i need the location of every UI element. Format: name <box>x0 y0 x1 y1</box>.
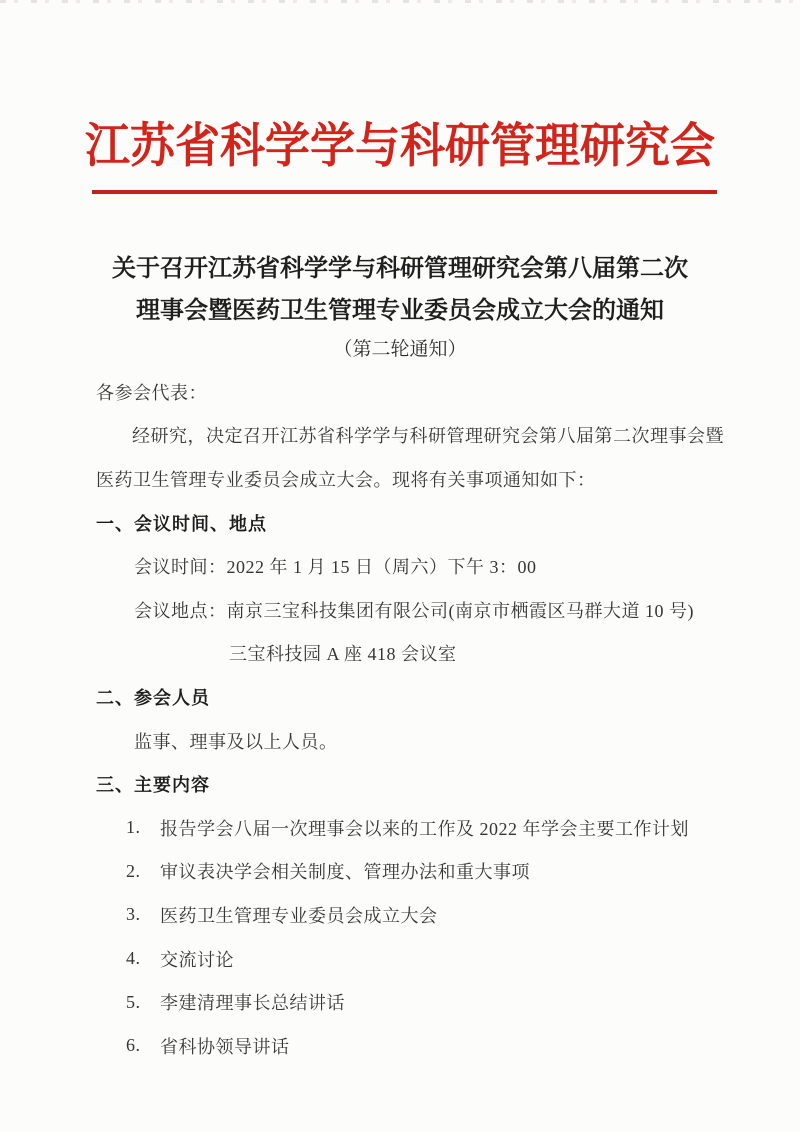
document-title: 关于召开江苏省科学学与科研管理研究会第八届第二次 理事会暨医药卫生管理专业委员会… <box>0 248 800 332</box>
agenda-item-2: 2. 审议表决学会相关制度、管理办法和重大事项 <box>96 850 756 894</box>
intro-line-1: 经研究，决定召开江苏省科学学与科研管理研究会第八届第二次理事会暨 <box>96 414 756 458</box>
meeting-time-line: 会议时间：2022 年 1 月 15 日（周六）下午 3：00 <box>96 544 756 588</box>
agenda-item-3: 3. 医药卫生管理专业委员会成立大会 <box>96 893 756 937</box>
agenda-item-4: 4. 交流讨论 <box>96 937 756 981</box>
agenda-item-number: 2. <box>126 861 160 882</box>
agenda-item-number: 3. <box>126 904 160 925</box>
section-1-heading: 一、会议时间、地点 <box>96 501 756 545</box>
agenda-item-text: 交流讨论 <box>160 946 234 972</box>
letterhead-rule <box>92 190 717 194</box>
agenda-item-text: 李建清理事长总结讲话 <box>160 989 345 1015</box>
agenda-item-number: 4. <box>126 948 160 969</box>
agenda-item-text: 省科协领导讲话 <box>160 1033 290 1059</box>
agenda-item-text: 审议表决学会相关制度、管理办法和重大事项 <box>160 858 530 884</box>
agenda-item-1: 1. 报告学会八届一次理事会以来的工作及 2022 年学会主要工作计划 <box>96 806 756 850</box>
document-body: 各参会代表： 经研究，决定召开江苏省科学学与科研管理研究会第八届第二次理事会暨 … <box>96 370 756 1068</box>
title-line-1: 关于召开江苏省科学学与科研管理研究会第八届第二次 <box>0 248 800 290</box>
agenda-item-text: 医药卫生管理专业委员会成立大会 <box>160 902 438 928</box>
section-2-heading: 二、参会人员 <box>96 675 756 719</box>
meeting-room-line: 三宝科技园 A 座 418 会议室 <box>96 632 756 676</box>
intro-line-2: 医药卫生管理专业委员会成立大会。现将有关事项通知如下： <box>96 457 756 501</box>
attendees-line: 监事、理事及以上人员。 <box>96 719 756 763</box>
agenda-item-text: 报告学会八届一次理事会以来的工作及 2022 年学会主要工作计划 <box>160 815 689 841</box>
meeting-location-line: 会议地点：南京三宝科技集团有限公司(南京市栖霞区马群大道 10 号) <box>96 588 756 632</box>
agenda-item-number: 6. <box>126 1035 160 1056</box>
title-line-2: 理事会暨医药卫生管理专业委员会成立大会的通知 <box>0 290 800 332</box>
agenda-item-number: 5. <box>126 992 160 1013</box>
document-page: 江苏省科学学与科研管理研究会 关于召开江苏省科学学与科研管理研究会第八届第二次 … <box>0 0 800 1132</box>
scan-artifact <box>0 0 800 3</box>
document-subtitle: （第二轮通知） <box>0 334 800 361</box>
letterhead-org-name: 江苏省科学学与科研管理研究会 <box>0 112 800 180</box>
agenda-item-number: 1. <box>126 817 160 838</box>
agenda-item-6: 6. 省科协领导讲话 <box>96 1024 756 1068</box>
agenda-item-5: 5. 李建清理事长总结讲话 <box>96 980 756 1024</box>
salutation: 各参会代表： <box>96 370 756 414</box>
section-3-heading: 三、主要内容 <box>96 762 756 806</box>
